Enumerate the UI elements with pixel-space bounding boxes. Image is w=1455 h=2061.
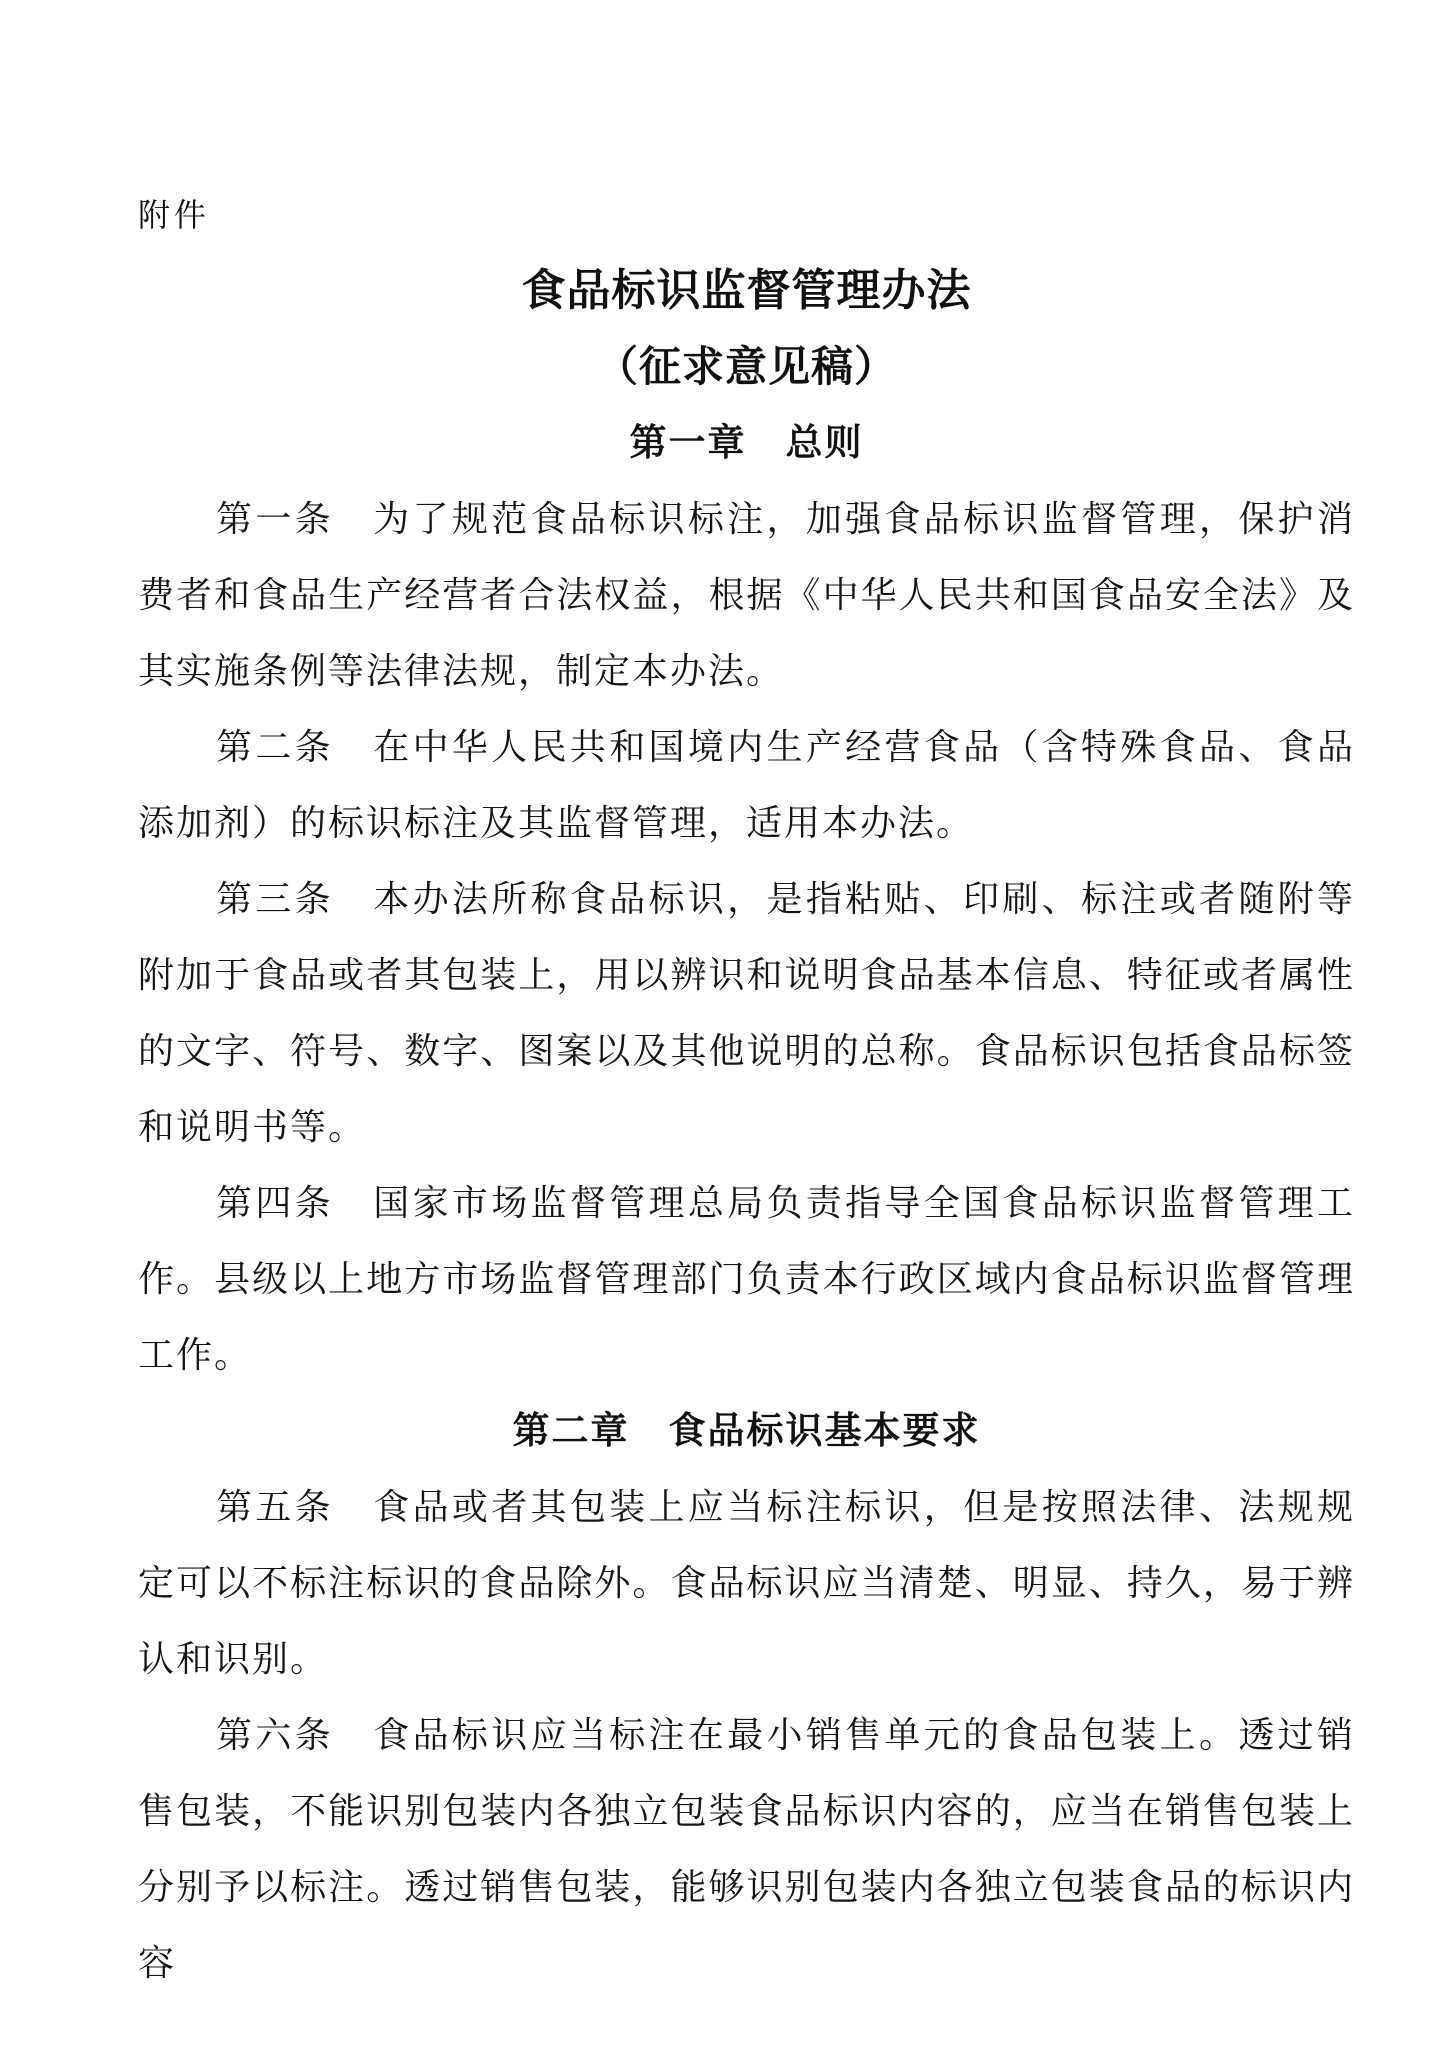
document-subtitle: （征求意见稿） [138,329,1355,405]
document-title: 食品标识监督管理办法 [138,253,1355,329]
article-1-paragraph: 第一条 为了规范食品标识标注，加强食品标识监督管理，保护消费者和食品生产经营者合… [138,481,1355,709]
chapter-2-heading: 第二章 食品标识基本要求 [138,1393,1355,1469]
article-3-paragraph: 第三条 本办法所称食品标识，是指粘贴、印刷、标注或者随附等附加于食品或者其包装上… [138,861,1355,1165]
article-6-paragraph: 第六条 食品标识应当标注在最小销售单元的食品包装上。透过销售包装，不能识别包装内… [138,1697,1355,2001]
article-4-paragraph: 第四条 国家市场监督管理总局负责指导全国食品标识监督管理工作。县级以上地方市场监… [138,1165,1355,1393]
article-2-paragraph: 第二条 在中华人民共和国境内生产经营食品（含特殊食品、食品添加剂）的标识标注及其… [138,709,1355,861]
article-5-paragraph: 第五条 食品或者其包装上应当标注标识，但是按照法律、法规规定可以不标注标识的食品… [138,1469,1355,1697]
attachment-label: 附件 [138,177,1355,253]
document-page: 附件 食品标识监督管理办法 （征求意见稿） 第一章 总则 第一条 为了规范食品标… [0,0,1455,2061]
chapter-1-heading: 第一章 总则 [138,405,1355,481]
